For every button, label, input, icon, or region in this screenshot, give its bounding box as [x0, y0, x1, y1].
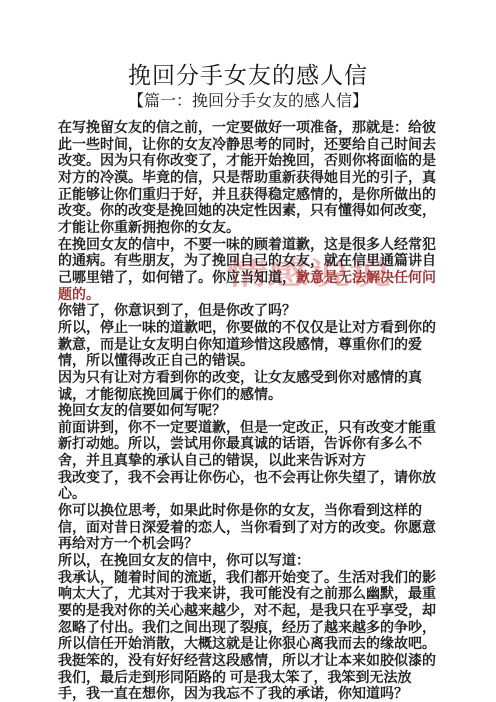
- paragraph: 我承认，随着时间的流逝，我们都开始变了。生活对我们的影响太大了，尤其对于我来讲，…: [58, 571, 438, 654]
- document-page: 情感说说 挽回分手女友的感人信 【篇一：挽回分手女友的感人信】 在写挽留女友的信…: [0, 0, 496, 702]
- paragraph: 前面讲到，你不一定要道歉，但是一定改正，只有改变才能重新打动她。所以，尝试用你最…: [58, 421, 438, 471]
- paragraph-text: 我承认，随着时间的流逝，我们都开始变了。生活对我们的影响太大了，尤其对于我来讲，…: [58, 571, 436, 653]
- paragraph: 在挽回女友的信中，不要一味的顾着道歉，这是很多人经常犯的通病。有些朋友，为了挽回…: [58, 238, 438, 305]
- document-body: 在写挽留女友的信之前，一定要做好一项准备，那就是：给彼此一些时间，让你的女友冷静…: [58, 121, 438, 702]
- paragraph-text: 你可以换位思考，如果此时你是你的女友，当你看到这样的信，面对昔日深爱着的恋人，当…: [58, 504, 436, 552]
- paragraph: 在写挽留女友的信之前，一定要做好一项准备，那就是：给彼此一些时间，让你的女友冷静…: [58, 121, 438, 238]
- paragraph-text: 我改变了，我不会再让你伤心，也不会再让你失望了，请你放心。: [58, 471, 436, 503]
- paragraph: 所以，在挽回女友的信中，你可以写道：: [58, 554, 438, 571]
- section-subtitle: 【篇一：挽回分手女友的感人信】: [0, 92, 496, 112]
- paragraph-text: 前面讲到，你不一定要道歉，但是一定改正，只有改变才能重新打动她。所以，尝试用你最…: [58, 421, 436, 469]
- paragraph: 我改变了，我不会再让你伤心，也不会再让你失望了，请你放心。: [58, 471, 438, 504]
- paragraph: 我挺笨的，没有好好经营这段感情，所以才让本来如胶似漆的我们，最后走到形同陌路的 …: [58, 654, 438, 702]
- paragraph-text: 我挺笨的，没有好好经营这段感情，所以才让本来如胶似漆的我们，最后走到形同陌路的 …: [58, 654, 436, 702]
- page-title: 挽回分手女友的感人信: [0, 62, 496, 90]
- paragraph: 因为只有让对方看到你的改变，让女友感受到你对感情的真诚，才能彻底挽回属于你们的感…: [58, 371, 438, 404]
- paragraph-text: 所以，停止一味的道歉吧，你要做的不仅仅是让对方看到你的歉意，而是让女友明白你知道…: [58, 321, 436, 369]
- paragraph-text: 所以，在挽回女友的信中，你可以写道：: [58, 554, 310, 569]
- paragraph: 你错了，你意识到了，但是你改了吗？: [58, 304, 438, 321]
- paragraph-text: 在写挽留女友的信之前，一定要做好一项准备，那就是：给彼此一些时间，让你的女友冷静…: [58, 121, 436, 236]
- paragraph: 你可以换位思考，如果此时你是你的女友，当你看到这样的信，面对昔日深爱着的恋人，当…: [58, 504, 438, 554]
- paragraph-text: 因为只有让对方看到你的改变，让女友感受到你对感情的真诚，才能彻底挽回属于你们的感…: [58, 371, 422, 403]
- paragraph: 所以，停止一味的道歉吧，你要做的不仅仅是让对方看到你的歉意，而是让女友明白你知道…: [58, 321, 438, 371]
- paragraph: 挽回女友的信要如何写呢？: [58, 404, 438, 421]
- paragraph-text: 挽回女友的信要如何写呢？: [58, 404, 226, 419]
- paragraph-text: 你错了，你意识到了，但是你改了吗？: [58, 304, 296, 319]
